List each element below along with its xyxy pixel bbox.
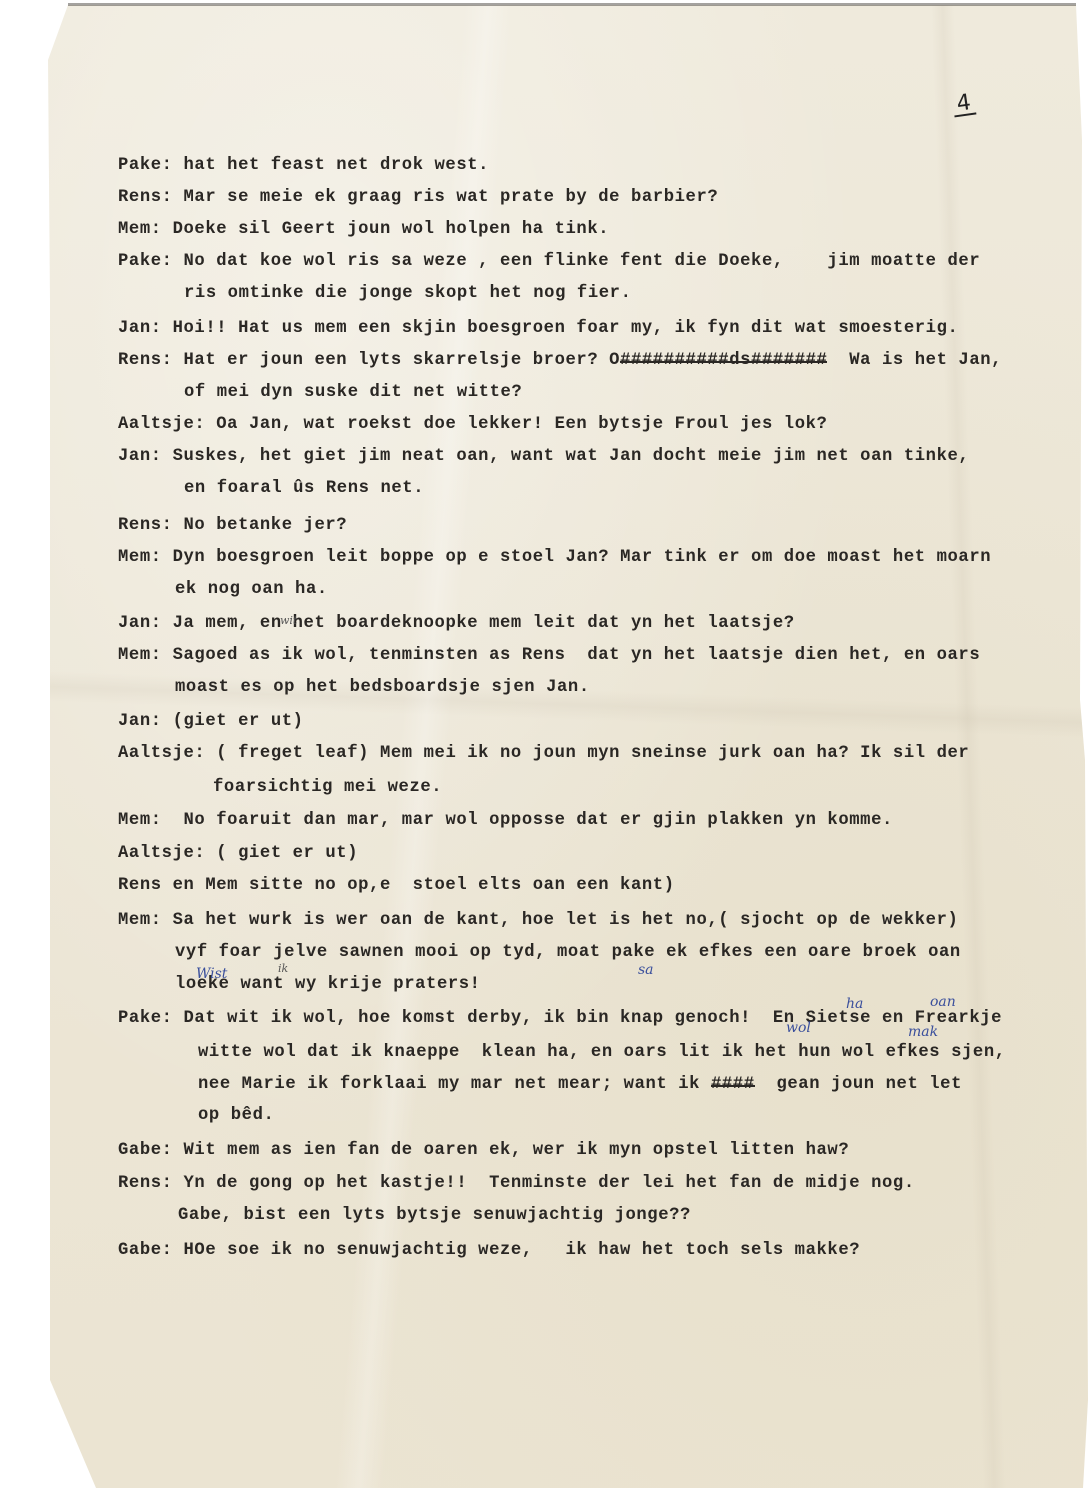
speaker-name: Aaltsje:: [118, 415, 205, 434]
dialogue-continuation: ek nog oan ha.: [175, 574, 328, 606]
speaker-name: Rens:: [118, 351, 173, 370]
handwritten-annotation: mak: [908, 1024, 938, 1040]
line-text: ( freget leaf) Mem mei ik no joun myn sn…: [205, 744, 969, 763]
dialogue-line: Mem: Sa het wurk is wer oan de kant, hoe…: [118, 905, 958, 937]
dialogue-continuation: foarsichtig mei weze.: [213, 772, 442, 804]
speaker-name: Mem:: [118, 646, 162, 665]
line-text: Rens en Mem sitte no op,e stoel elts oan…: [118, 876, 675, 895]
line-text: HOe soe ik no senuwjachtig weze, ik haw …: [173, 1241, 861, 1260]
line-text: ris omtinke die jonge skopt het nog fier…: [184, 284, 631, 303]
line-text: witte wol dat ik knaeppe klean ha, en oa…: [198, 1043, 1006, 1062]
handwritten-annotation: oan: [930, 994, 956, 1010]
dialogue-line: Mem: No foaruit dan mar, mar wol opposse…: [118, 805, 893, 837]
line-text: foarsichtig mei weze.: [213, 778, 442, 797]
line-text: Doeke sil Geert joun wol holpen ha tink.: [162, 220, 609, 239]
speaker-name: Aaltsje:: [118, 844, 205, 863]
line-text: Hoi!! Hat us mem een skjin boesgroen foa…: [162, 319, 959, 338]
line-text: No betanke jer?: [173, 516, 348, 535]
line-text: Mar se meie ek graag ris wat prate by de…: [173, 188, 719, 207]
dialogue-line: Aaltsje: ( freget leaf) Mem mei ik no jo…: [118, 738, 969, 770]
line-text: moast es op het bedsboardsje sjen Jan.: [175, 678, 590, 697]
line-text: ek nog oan ha.: [175, 580, 328, 599]
dialogue-continuation: en foaral ûs Rens net.: [184, 473, 424, 505]
speaker-name: Jan:: [118, 319, 162, 338]
handwritten-annotation: wit: [280, 614, 297, 627]
dialogue-continuation: Gabe, bist een lyts bytsje senuwjachtig …: [178, 1200, 691, 1232]
speaker-name: Jan:: [118, 614, 162, 633]
dialogue-line: Aaltsje: ( giet er ut): [118, 838, 358, 870]
speaker-name: Jan:: [118, 447, 162, 466]
line-text: Suskes, het giet jim neat oan, want wat …: [162, 447, 970, 466]
speaker-name: Aaltsje:: [118, 744, 205, 763]
dialogue-line: Pake: hat het feast net drok west.: [118, 150, 489, 182]
speaker-name: Pake:: [118, 156, 173, 175]
dialogue-line: Rens: No betanke jer?: [118, 510, 347, 542]
line-text: (giet er ut): [162, 712, 304, 731]
speaker-name: Gabe:: [118, 1141, 173, 1160]
speaker-name: Mem:: [118, 811, 162, 830]
dialogue-continuation: nee Marie ik forklaai my mar net mear; w…: [198, 1069, 962, 1101]
handwritten-annotation: ik: [278, 962, 288, 975]
dialogue-line: Mem: Doeke sil Geert joun wol holpen ha …: [118, 214, 609, 246]
dialogue-continuation: moast es op het bedsboardsje sjen Jan.: [175, 672, 590, 704]
dialogue-line: Pake: Dat wit ik wol, hoe komst derby, i…: [118, 1003, 1002, 1035]
line-text: Oa Jan, wat roekst doe lekker! Een bytsj…: [205, 415, 827, 434]
dialogue-line: Rens: Mar se meie ek graag ris wat prate…: [118, 182, 718, 214]
speaker-name: Pake:: [118, 1009, 173, 1028]
dialogue-continuation: vyf foar jelve sawnen mooi op tyd, moat …: [175, 937, 961, 969]
handwritten-annotation: sa: [638, 962, 654, 978]
line-text: No dat koe wol ris sa weze , een flinke …: [173, 252, 981, 271]
speaker-name: Gabe:: [118, 1241, 173, 1260]
handwritten-annotation: Wist: [196, 966, 227, 982]
speaker-name: Rens:: [118, 516, 173, 535]
speaker-name: Rens:: [118, 188, 173, 207]
line-text-after: Wa is het Jan,: [827, 351, 1002, 370]
struck-out-text: ##########ds#######: [620, 351, 827, 370]
paper-top-edge: [68, 3, 1076, 6]
page-number: 4: [952, 93, 977, 118]
line-text: No foaruit dan mar, mar wol opposse dat …: [162, 811, 893, 830]
line-text-after: gean joun net let: [755, 1075, 962, 1094]
line-text: en foaral ûs Rens net.: [184, 479, 424, 498]
dialogue-line: Pake: No dat koe wol ris sa weze , een f…: [118, 246, 980, 278]
speaker-name: Mem:: [118, 548, 162, 567]
dialogue-line: Gabe: HOe soe ik no senuwjachtig weze, i…: [118, 1235, 860, 1267]
speaker-name: Rens:: [118, 1174, 173, 1193]
line-text: hat het feast net drok west.: [173, 156, 490, 175]
line-text: Dyn boesgroen leit boppe op e stoel Jan?…: [162, 548, 991, 567]
dialogue-line: Mem: Sagoed as ik wol, tenminsten as Ren…: [118, 640, 980, 672]
dialogue-line: Mem: Dyn boesgroen leit boppe op e stoel…: [118, 542, 991, 574]
speaker-name: Pake:: [118, 252, 173, 271]
line-text: Dat wit ik wol, hoe komst derby, ik bin …: [173, 1009, 1002, 1028]
dialogue-continuation: op bêd.: [198, 1100, 274, 1132]
struck-out-text: ####: [711, 1075, 755, 1094]
dialogue-line: Jan: Suskes, het giet jim neat oan, want…: [118, 441, 969, 473]
dialogue-line: Aaltsje: Oa Jan, wat roekst doe lekker! …: [118, 409, 827, 441]
dialogue-continuation: Rens en Mem sitte no op,e stoel elts oan…: [118, 870, 675, 902]
line-text: Yn de gong op het kastje!! Tenminste der…: [173, 1174, 915, 1193]
line-text: Ja mem, en het boardeknoopke mem leit da…: [162, 614, 795, 633]
line-text: ( giet er ut): [205, 844, 358, 863]
line-text: vyf foar jelve sawnen mooi op tyd, moat …: [175, 943, 961, 962]
dialogue-continuation: ris omtinke die jonge skopt het nog fier…: [184, 278, 631, 310]
dialogue-line: Rens: Hat er joun een lyts skarrelsje br…: [118, 345, 1002, 377]
line-text: Hat er joun een lyts skarrelsje broer? O: [173, 351, 620, 370]
line-text: nee Marie ik forklaai my mar net mear; w…: [198, 1075, 711, 1094]
handwritten-annotation: ha: [846, 996, 863, 1012]
line-text: Sa het wurk is wer oan de kant, hoe let …: [162, 911, 959, 930]
dialogue-line: Jan: Hoi!! Hat us mem een skjin boesgroe…: [118, 313, 958, 345]
line-text: op bêd.: [198, 1106, 274, 1125]
dialogue-line: Jan: (giet er ut): [118, 706, 304, 738]
speaker-name: Jan:: [118, 712, 162, 731]
line-text: Gabe, bist een lyts bytsje senuwjachtig …: [178, 1206, 691, 1225]
line-text: of mei dyn suske dit net witte?: [184, 383, 522, 402]
dialogue-continuation: of mei dyn suske dit net witte?: [184, 377, 522, 409]
handwritten-annotation: wol: [786, 1020, 811, 1036]
dialogue-line: Gabe: Wit mem as ien fan de oaren ek, we…: [118, 1135, 849, 1167]
line-text: Wit mem as ien fan de oaren ek, wer ik m…: [173, 1141, 850, 1160]
speaker-name: Mem:: [118, 220, 162, 239]
speaker-name: Mem:: [118, 911, 162, 930]
line-text: Sagoed as ik wol, tenminsten as Rens dat…: [162, 646, 981, 665]
dialogue-line: Rens: Yn de gong op het kastje!! Tenmins…: [118, 1168, 915, 1200]
dialogue-continuation: witte wol dat ik knaeppe klean ha, en oa…: [198, 1037, 1006, 1069]
dialogue-line: Jan: Ja mem, en het boardeknoopke mem le…: [118, 608, 795, 640]
